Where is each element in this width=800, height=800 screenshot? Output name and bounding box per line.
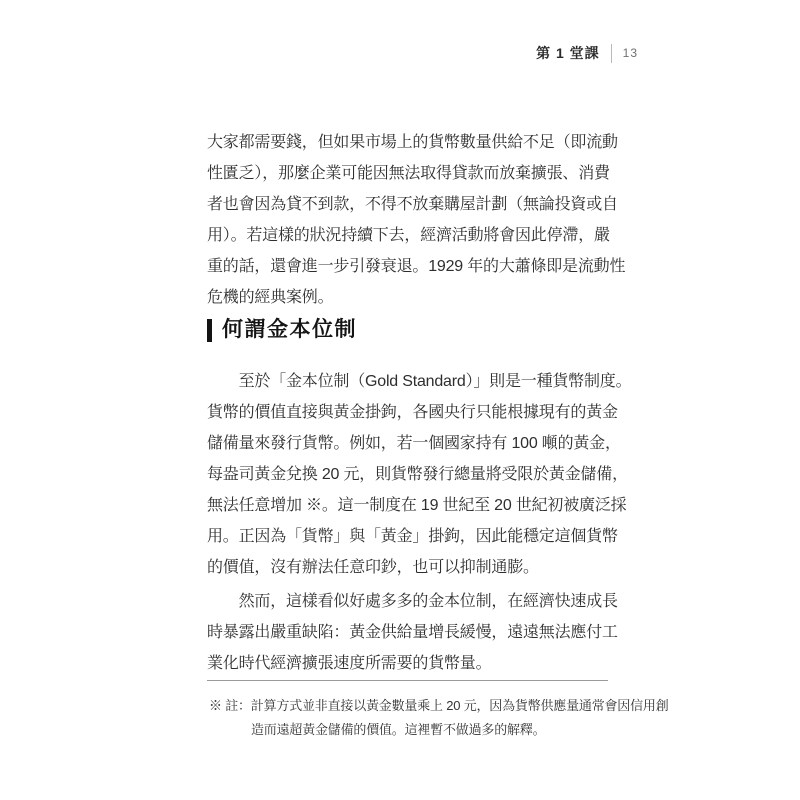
heading-bar-marker <box>207 319 212 342</box>
paragraph-gold-standard-flaw: 然而，這樣看似好處多多的金本位制，在經濟快速成長 時暴露出嚴重缺陷：黃金供給量增… <box>207 586 618 679</box>
section-heading: 何謂金本位制 <box>207 316 357 344</box>
paragraph-gold-standard: 至於「金本位制（Gold Standard）」則是一種貨幣制度。 貨幣的價值直接… <box>207 366 631 583</box>
section-title: 何謂金本位制 <box>222 316 357 344</box>
footnote-text: ※ 註：計算方式並非直接以黃金數量乘上 20 元，因為貨幣供應量通常會因信用創 … <box>209 694 681 742</box>
book-page: 第 1 堂課 13 大家都需要錢，但如果市場上的貨幣數量供給不足（即流動 性匱乏… <box>0 0 800 800</box>
footnote-divider <box>207 680 608 681</box>
page-content: 大家都需要錢，但如果市場上的貨幣數量供給不足（即流動 性匱乏），那麼企業可能因無… <box>207 0 647 800</box>
paragraph-liquidity-crisis: 大家都需要錢，但如果市場上的貨幣數量供給不足（即流動 性匱乏），那麼企業可能因無… <box>207 127 625 313</box>
